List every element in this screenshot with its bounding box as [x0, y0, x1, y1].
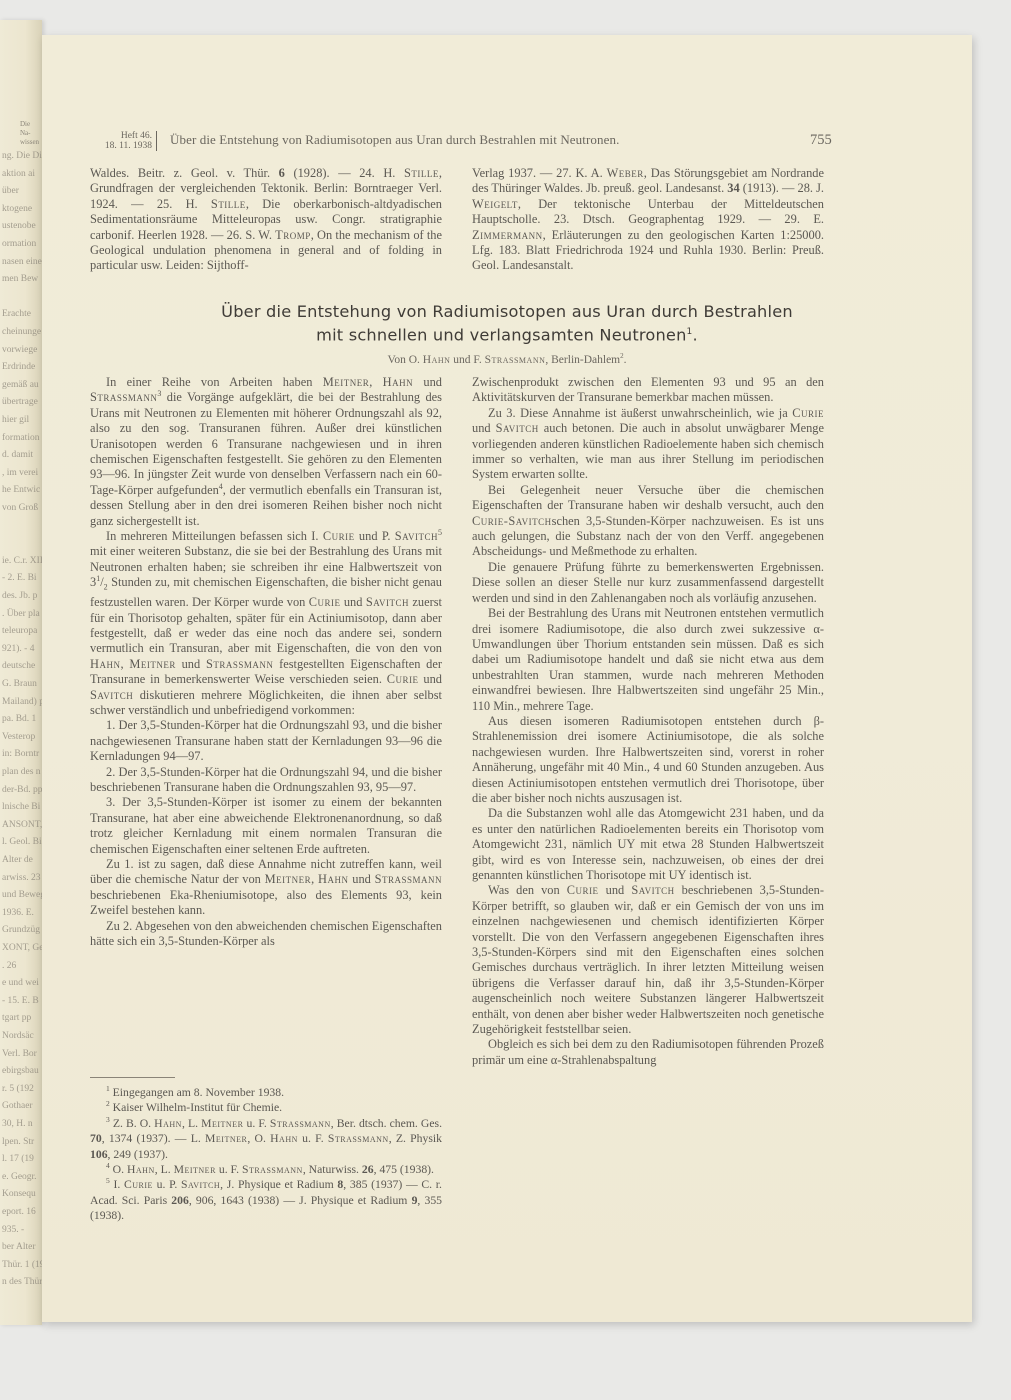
footnote: 2 Kaiser Wilhelm-Institut für Chemie.	[90, 1100, 442, 1115]
adjacent-text-fragment: der-Bd. pp	[2, 782, 42, 800]
footnotes: 1 Eingegangen am 8. November 1938. 2 Kai…	[90, 1085, 442, 1224]
adjacent-text-fragment: e. Geogr.	[2, 1169, 37, 1187]
adjacent-text-fragment: 935. -	[2, 1222, 24, 1240]
adjacent-page-header: Die Na-wissen	[20, 120, 42, 147]
running-title: Über die Entstehung von Radiumisotopen a…	[170, 132, 619, 148]
adjacent-text-fragment: - 15. E. B	[2, 993, 39, 1011]
adjacent-text-fragment: l. Geol. Bi	[2, 834, 42, 852]
byline-affiliation: , Berlin-Dahlem	[545, 354, 620, 366]
paragraph: In einer Reihe von Arbeiten haben Meitne…	[90, 375, 442, 529]
page-number: 755	[810, 132, 832, 149]
paragraph: Zwischenprodukt zwischen den Elementen 9…	[472, 375, 824, 406]
adjacent-text-fragment: lpen. Str	[2, 1134, 34, 1152]
paragraph: Die genauere Prüfung führte zu bemerkens…	[472, 560, 824, 606]
adjacent-text-fragment: deutsche	[2, 658, 35, 676]
previous-article-right-column: Verlag 1937. — 27. K. A. Weber, Das Stör…	[472, 166, 824, 274]
adjacent-text-fragment: pa. Bd. 1	[2, 711, 36, 729]
reference-text: Waldes. Beitr. z. Geol. v. Thür. 6 (1928…	[90, 166, 442, 274]
adjacent-text-fragment: von Groß	[2, 500, 38, 518]
paragraph: Aus diesen isomeren Radiumisotopen entst…	[472, 714, 824, 806]
adjacent-text-fragment: des. Jb. p	[2, 588, 37, 606]
bracket-divider	[154, 131, 157, 151]
adjacent-text-fragment: aktion ai	[2, 166, 35, 184]
adjacent-text-fragment: ustenobe	[2, 218, 36, 236]
adjacent-text-fragment: übertrage	[2, 394, 38, 412]
adjacent-text-fragment: ber Alter	[2, 1239, 36, 1257]
adjacent-text-fragment: 30, H. n	[2, 1116, 33, 1134]
adjacent-text-fragment: über	[2, 183, 19, 201]
adjacent-text-fragment: ANSONT, Sp	[2, 817, 42, 835]
footnote: 1 Eingegangen am 8. November 1938.	[90, 1085, 442, 1100]
adjacent-text-fragment: Erdrinde	[2, 359, 35, 377]
adjacent-text-fragment: , im verei	[2, 465, 38, 483]
adjacent-text-fragment: Nordsäc	[2, 1028, 34, 1046]
adjacent-text-fragment: Thür. 1 (19	[2, 1257, 42, 1275]
adjacent-text-fragment: d. damit	[2, 447, 33, 465]
adjacent-text-fragment: ormation	[2, 236, 36, 254]
adjacent-text-fragment: eport. 16	[2, 1204, 36, 1222]
issue-date: 18. 11. 1938	[90, 141, 152, 151]
previous-article-left-column: Waldes. Beitr. z. Geol. v. Thür. 6 (1928…	[90, 166, 442, 274]
adjacent-page-edge: Die Na-wissen ng. Die Diaktion aiüberkto…	[0, 20, 42, 1325]
adjacent-text-fragment: tgart pp	[2, 1010, 31, 1028]
footnote-rule	[90, 1077, 175, 1078]
byline: Von O. Hahn und F. Strassmann, Berlin-Da…	[42, 352, 972, 366]
reference-text: Verlag 1937. — 27. K. A. Weber, Das Stör…	[472, 166, 824, 274]
adjacent-text-fragment: ng. Die Di	[2, 148, 42, 166]
adjacent-text-fragment: he Entwic	[2, 482, 40, 500]
footnote-mark: 2	[106, 1100, 110, 1109]
running-head: Heft 46. 18. 11. 1938 Über die Entstehun…	[90, 131, 830, 157]
adjacent-text-fragment: teleuropa	[2, 623, 37, 641]
adjacent-text-fragment: lnische Bi	[2, 799, 40, 817]
paragraph: Zu 2. Abgesehen von den abweichenden che…	[90, 919, 442, 950]
issue-number: Heft 46.	[90, 131, 152, 141]
title-line-2-text: mit schnellen und verlangsamten Neutrone…	[316, 325, 686, 344]
footnote-mark: 2	[620, 352, 624, 360]
paragraph: Bei der Bestrahlung des Urans mit Neutro…	[472, 606, 824, 714]
adjacent-text-fragment: Gothaer	[2, 1098, 33, 1116]
adjacent-text-fragment: hier gil	[2, 412, 29, 430]
title-line-2: mit schnellen und verlangsamten Neutrone…	[42, 322, 972, 345]
footnote: 5 I. Curie u. P. Savitch, J. Physique et…	[90, 1177, 442, 1223]
adjacent-text-fragment: ebirgsbau	[2, 1063, 39, 1081]
footnote: 3 Z. B. O. Hahn, L. Meitner u. F. Strass…	[90, 1116, 442, 1162]
adjacent-text-fragment: Mailand) pp	[2, 694, 42, 712]
adjacent-text-fragment: 1936. E.	[2, 905, 34, 923]
adjacent-text-fragment: Grundzüg	[2, 922, 40, 940]
adjacent-text-fragment: r. 5 (192	[2, 1081, 34, 1099]
footnote-text: Kaiser Wilhelm-Institut für Chemie.	[113, 1101, 282, 1114]
adjacent-text-fragment: - 2. E. Bi	[2, 570, 37, 588]
byline-mid: und F.	[450, 354, 484, 366]
adjacent-text-fragment: gemäß au	[2, 377, 39, 395]
adjacent-text-fragment: und Beweg	[2, 887, 42, 905]
article-title: Über die Entstehung von Radiumisotopen a…	[42, 301, 972, 345]
adjacent-text-fragment: G. Braun	[2, 676, 37, 694]
list-item: 1. Der 3,5-Stunden-Körper hat die Ordnun…	[90, 718, 442, 764]
adjacent-text-fragment: plan des n	[2, 764, 41, 782]
issue-info: Heft 46. 18. 11. 1938	[90, 131, 152, 151]
adjacent-text-fragment: Alter de	[2, 852, 33, 870]
author-hahn: Hahn	[423, 354, 451, 366]
paragraph: Zu 1. ist zu sagen, daß diese Annahme ni…	[90, 857, 442, 919]
adjacent-text-fragment: l. 17 (19	[2, 1151, 34, 1169]
adjacent-text-fragment: Vesterop	[2, 729, 35, 747]
footnote-text: Eingegangen am 8. November 1938.	[113, 1086, 284, 1099]
paragraph: Da die Substanzen wohl alle das Atomgewi…	[472, 806, 824, 883]
paragraph: Obgleich es sich bei dem zu den Radiumis…	[472, 1037, 824, 1068]
footnote-mark: 1	[106, 1084, 110, 1093]
adjacent-text-fragment: ktogene	[2, 201, 32, 219]
adjacent-text-fragment: 921). - 4	[2, 641, 34, 659]
adjacent-text-fragment: . 26	[2, 958, 16, 976]
paragraph: Was den von Curie und Savitch beschriebe…	[472, 883, 824, 1037]
adjacent-text-fragment: ie. C.r. XII	[2, 553, 42, 571]
paragraph: In mehreren Mitteilungen befassen sich I…	[90, 529, 442, 718]
adjacent-text-fragment: cheinunge	[2, 324, 41, 342]
footnote: 4 O. Hahn, L. Meitner u. F. Strassmann, …	[90, 1162, 442, 1177]
article-left-column: In einer Reihe von Arbeiten haben Meitne…	[90, 375, 442, 950]
footnote-mark: 1	[687, 327, 693, 337]
paragraph: Zu 3. Diese Annahme ist äußerst unwahrsc…	[472, 406, 824, 483]
journal-page: Heft 46. 18. 11. 1938 Über die Entstehun…	[42, 35, 972, 1322]
adjacent-text-fragment: e und wei	[2, 975, 39, 993]
adjacent-text-fragment: n des Thür	[2, 1274, 42, 1292]
list-item: 2. Der 3,5-Stunden-Körper hat die Ordnun…	[90, 765, 442, 796]
author-strassmann: Strassmann	[485, 354, 546, 366]
title-line-1: Über die Entstehung von Radiumisotopen a…	[42, 301, 972, 322]
adjacent-text-fragment: formation	[2, 430, 39, 448]
adjacent-text-fragment: in: Borntr	[2, 746, 39, 764]
adjacent-text-fragment: . Über pla	[2, 606, 40, 624]
byline-prefix: Von O.	[388, 354, 423, 366]
adjacent-text-fragment: arwiss. 23	[2, 870, 41, 888]
adjacent-text-fragment: XONT, Gel	[2, 940, 42, 958]
adjacent-text-fragment: Konsequ	[2, 1186, 36, 1204]
adjacent-text-fragment: men Bew	[2, 271, 38, 289]
adjacent-text-fragment: Verl. Bor	[2, 1046, 37, 1064]
list-item: 3. Der 3,5-Stunden-Körper ist isomer zu …	[90, 795, 442, 857]
article-right-column: Zwischenprodukt zwischen den Elementen 9…	[472, 375, 824, 1068]
adjacent-text-fragment: nasen eine	[2, 254, 42, 272]
paragraph: Bei Gelegenheit neuer Versuche über die …	[472, 483, 824, 560]
adjacent-text-fragment: vorwiege	[2, 342, 37, 360]
adjacent-text-fragment: Erachte	[2, 306, 31, 324]
